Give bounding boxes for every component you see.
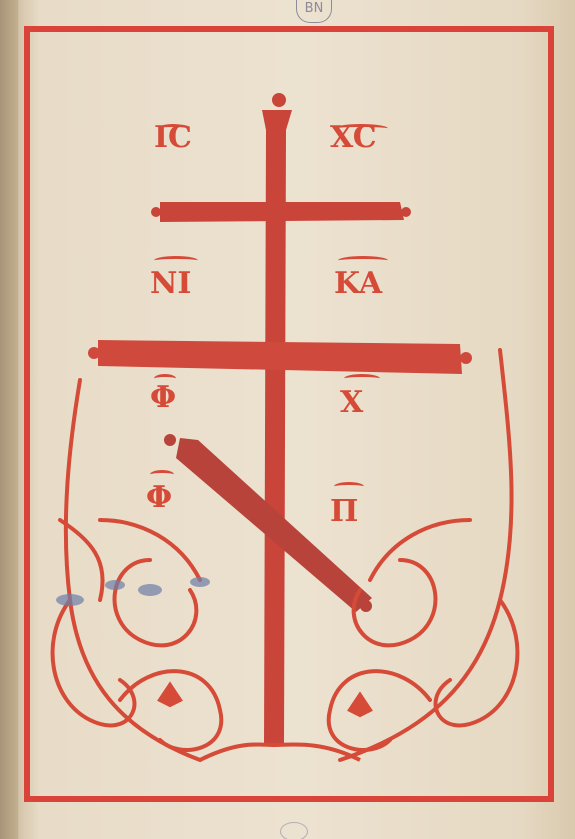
inscription-ic: IC	[154, 120, 192, 155]
cross-main-bar	[98, 340, 462, 374]
cross-top-knob	[272, 93, 286, 107]
titlo-mark	[154, 256, 198, 265]
inscription-xc: XC	[330, 120, 377, 155]
floral-scroll-left	[53, 380, 222, 760]
inscription-pi: Π	[330, 494, 358, 529]
inscription-phi-2: Φ	[146, 480, 172, 515]
inscription-ka: KA	[334, 266, 382, 301]
blue-leaf-accents	[56, 577, 210, 606]
manuscript-page: BN	[0, 0, 575, 839]
inscription-ni: NI	[150, 266, 191, 301]
titlo-mark	[338, 256, 388, 265]
library-stamp-bottom	[280, 822, 308, 839]
titlo-mark	[344, 374, 380, 383]
cross-base-roots	[200, 744, 360, 760]
cross-illustration	[0, 0, 575, 839]
inscription-phi-1: Φ	[150, 380, 176, 415]
titlo-mark	[334, 482, 364, 491]
cross-top-bar	[160, 202, 404, 222]
titlo-mark	[150, 470, 174, 479]
inscription-chi: X	[340, 385, 363, 420]
